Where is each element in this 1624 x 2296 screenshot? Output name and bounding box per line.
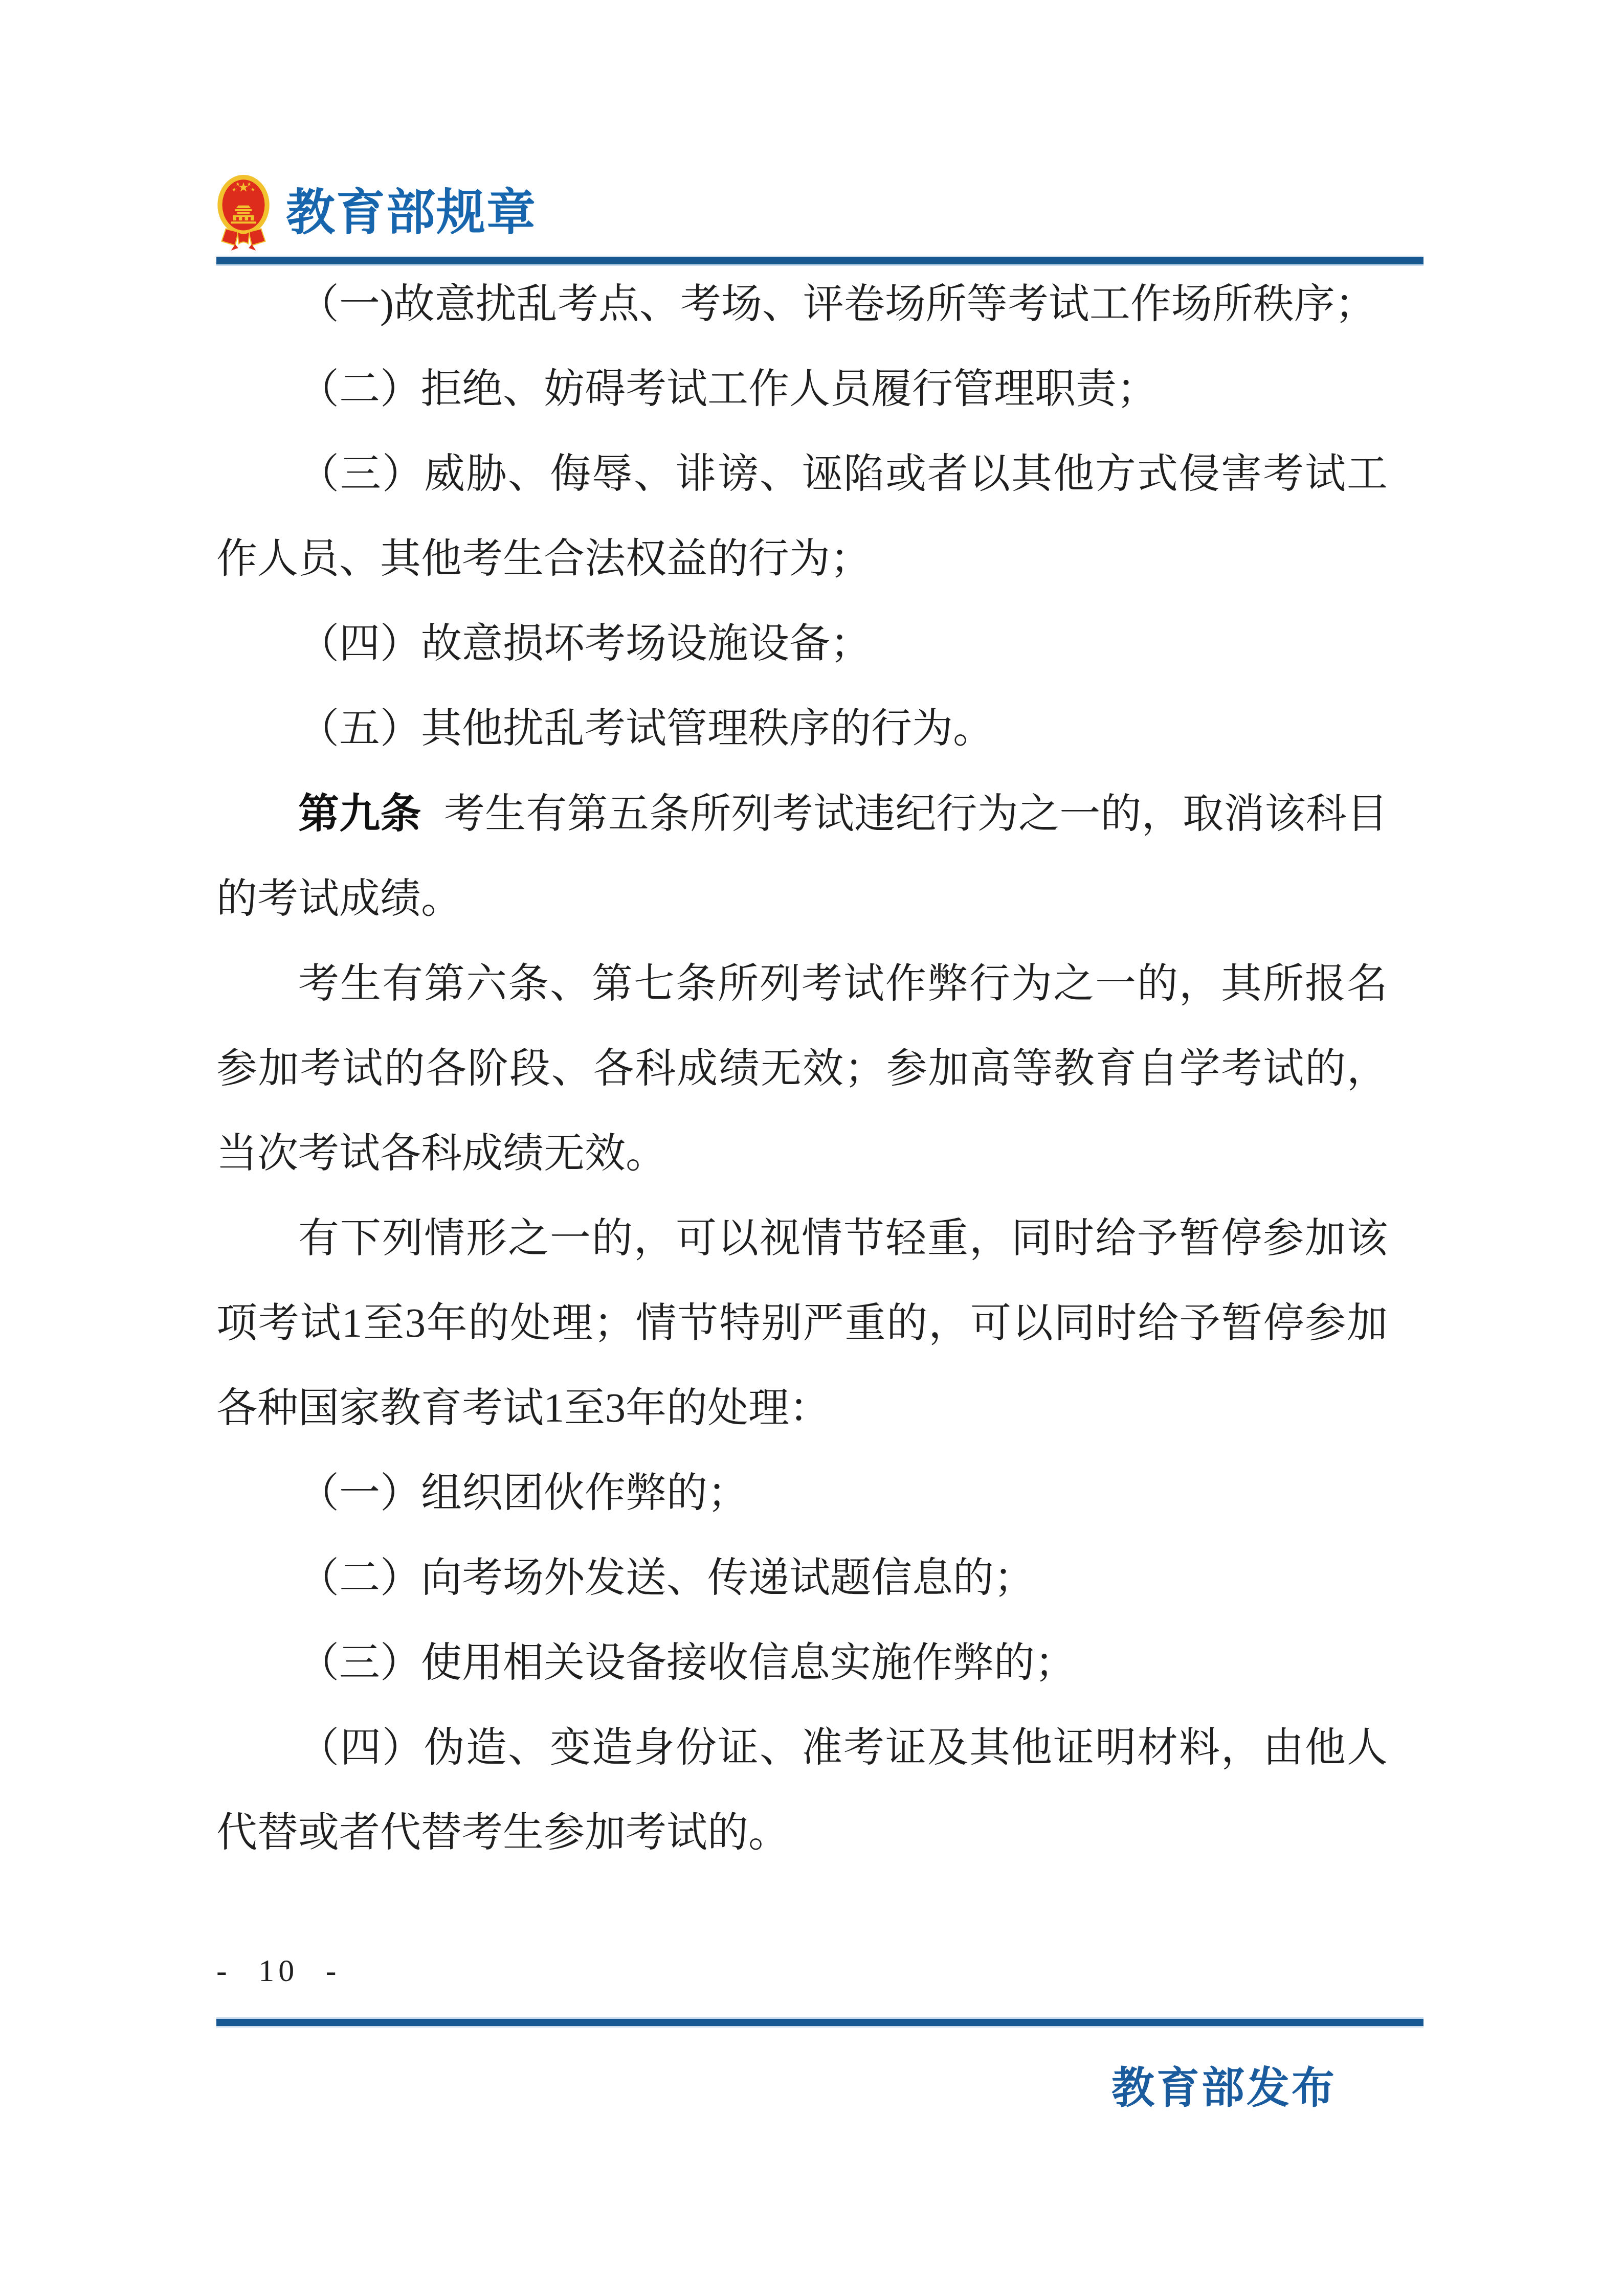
body-paragraph: 第九条考生有第五条所列考试违纪行为之一的，取消该科目的考试成绩。 <box>216 771 1388 941</box>
body-paragraph: （五）其他扰乱考试管理秩序的行为。 <box>216 686 1388 771</box>
body-paragraph: 考生有第六条、第七条所列考试作弊行为之一的，其所报名参加考试的各阶段、各科成绩无… <box>216 941 1388 1196</box>
body-paragraph: （一）组织团伙作弊的； <box>216 1451 1388 1536</box>
body-paragraph: 有下列情形之一的，可以视情节轻重，同时给予暂停参加该项考试1至3年的处理；情节特… <box>216 1196 1388 1451</box>
body-paragraph: （二）拒绝、妨碍考试工作人员履行管理职责； <box>216 347 1388 432</box>
document-body: （一)故意扰乱考点、考场、评卷场所等考试工作场所秩序；（二）拒绝、妨碍考试工作人… <box>216 262 1388 1875</box>
body-paragraph: （四）故意损坏考场设施设备； <box>216 601 1388 686</box>
body-paragraph: （三）使用相关设备接收信息实施作弊的； <box>216 1620 1388 1705</box>
body-paragraph: （一)故意扰乱考点、考场、评卷场所等考试工作场所秩序； <box>216 262 1388 347</box>
document-page: 教育部规章 （一)故意扰乱考点、考场、评卷场所等考试工作场所秩序；（二）拒绝、妨… <box>0 0 1624 2296</box>
footer-rule <box>216 2017 1423 2028</box>
page-title: 教育部规章 <box>286 185 537 241</box>
page-number: - 10 - <box>216 1952 340 1989</box>
national-emblem-icon <box>216 174 271 252</box>
article-number: 第九条 <box>298 791 421 836</box>
body-paragraph: （三）威胁、侮辱、诽谤、诬陷或者以其他方式侵害考试工作人员、其他考生合法权益的行… <box>216 432 1388 601</box>
publisher-label: 教育部发布 <box>216 2060 1413 2116</box>
body-paragraph: （二）向考场外发送、传递试题信息的； <box>216 1536 1388 1620</box>
body-paragraph: （四）伪造、变造身份证、准考证及其他证明材料，由他人代替或者代替考生参加考试的。 <box>216 1705 1388 1875</box>
page-header: 教育部规章 <box>216 174 537 252</box>
